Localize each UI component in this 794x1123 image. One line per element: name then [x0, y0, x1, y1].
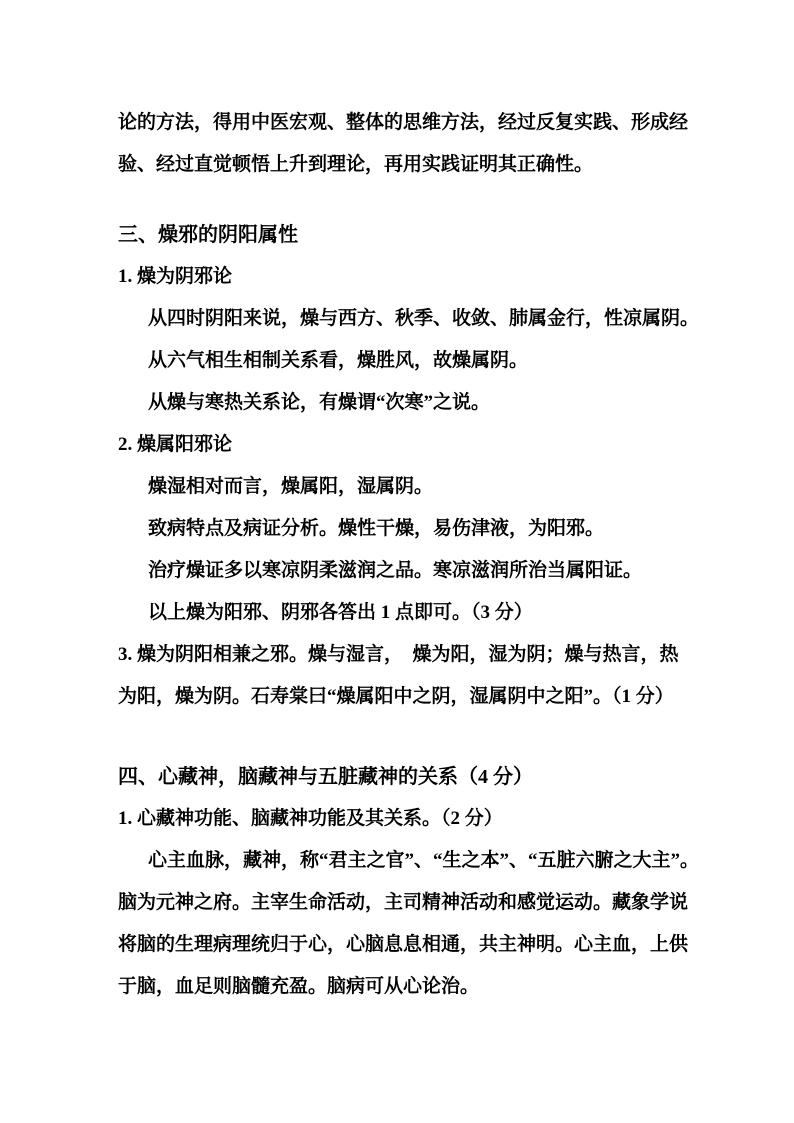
statement-line: 从燥与寒热关系论，有燥谓“次寒”之说。 — [118, 382, 688, 424]
paragraph-line: 心主血脉，藏神，称“君主之官”、“生之本”、“五脏六腑之大主”。 — [118, 840, 688, 882]
statement-line: 从四时阴阳来说，燥与西方、秋季、收敛、肺属金行，性凉属阴。 — [118, 298, 688, 340]
paragraph-line: 脑为元神之府。主宰生命活动，主司精神活动和感觉运动。藏象学说 — [118, 882, 688, 924]
document-page: 论的方法，得用中医宏观、整体的思维方法，经过反复实践、形成经 验、经过直觉顿悟上… — [0, 0, 794, 1123]
statement-line: 从六气相生相制关系看，燥胜风，故燥属阴。 — [118, 340, 688, 382]
item-2-dryness-yang-heading: 2. 燥属阳邪论 — [118, 424, 688, 466]
statement-line: 以上燥为阳邪、阴邪各答出 1 点即可。（3 分） — [118, 592, 688, 634]
para-continuation-line-1: 论的方法，得用中医宏观、整体的思维方法，经过反复实践、形成经 — [118, 102, 688, 144]
statement-line: 致病特点及病证分析。燥性干燥，易伤津液，为阳邪。 — [118, 508, 688, 550]
item-3-line-1: 3. 燥为阴阳相兼之邪。燥与湿言， 燥为阳，湿为阴；燥与热言，热 — [118, 634, 688, 676]
paragraph-line: 将脑的生理病理统归于心，心脑息息相通，共主神明。心主血，上供 — [118, 924, 688, 966]
item-3-line-2: 为阳，燥为阴。石寿棠曰“燥属阳中之阴，湿属阴中之阳”。（1 分） — [118, 676, 688, 718]
statement-line: 治疗燥证多以寒凉阴柔滋润之品。寒凉滋润所治当属阳证。 — [118, 550, 688, 592]
paragraph-line: 于脑，血足则脑髓充盈。脑病可从心论治。 — [118, 966, 688, 1008]
para-continuation-line-2: 验、经过直觉顿悟上升到理论，再用实践证明其正确性。 — [118, 144, 688, 186]
item-1-dryness-yin-heading: 1. 燥为阴邪论 — [118, 256, 688, 298]
section-4-heading: 四、心藏神，脑藏神与五脏藏神的关系（4 分） — [118, 756, 688, 798]
item-1-heart-spirit-heading: 1. 心藏神功能、脑藏神功能及其关系。（2 分） — [118, 798, 688, 840]
section-3-heading: 三、燥邪的阴阳属性 — [118, 214, 688, 256]
statement-line: 燥湿相对而言，燥属阳，湿属阴。 — [118, 466, 688, 508]
